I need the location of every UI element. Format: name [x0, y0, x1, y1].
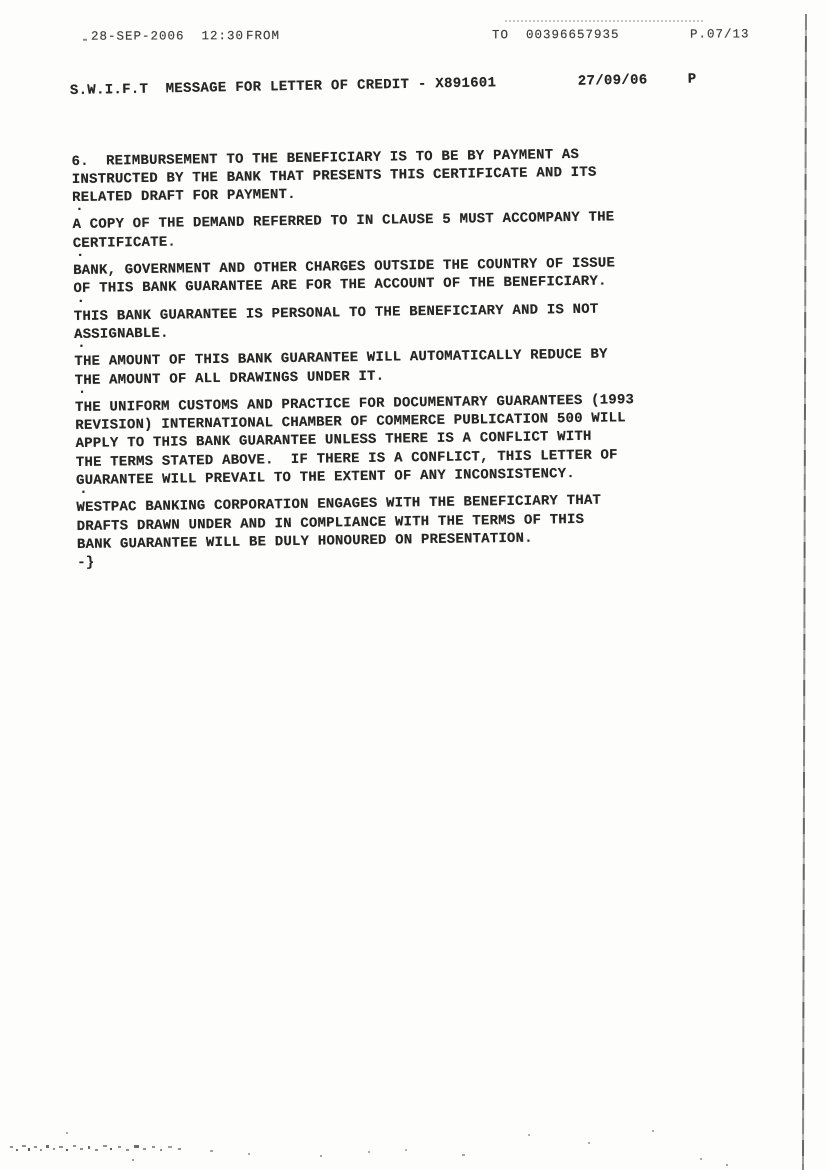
paragraph-marker: . [76, 248, 85, 258]
scan-artifact-dotted-line [505, 20, 703, 22]
paragraph-marker: . [75, 202, 84, 212]
scan-noise-bottom [0, 1122, 828, 1167]
document-date: 27/09/06 [578, 72, 648, 89]
fax-page-counter: P.07/13 [690, 27, 750, 41]
fax-to-number: TO 00396657935 [492, 28, 620, 42]
paragraph: .A COPY OF THE DEMAND REFERRED TO IN CLA… [72, 208, 672, 253]
paragraph: .THE UNIFORM CUSTOMS AND PRACTICE FOR DO… [75, 390, 676, 490]
paragraph: .BANK, GOVERNMENT AND OTHER CHARGES OUTS… [73, 254, 673, 299]
paragraph: .THIS BANK GUARANTEE IS PERSONAL TO THE … [74, 299, 674, 344]
paragraph: .THE AMOUNT OF THIS BANK GUARANTEE WILL … [74, 345, 674, 390]
fax-transmission-header: 28-SEP-2006 12:30 FROM TO 00396657935 P.… [0, 27, 828, 50]
document-title-row: S.W.I.F.T MESSAGE FOR LETTER OF CREDIT -… [0, 69, 828, 104]
fax-page: { "colors": { "paper": "#fdfdfc", "ink":… [0, 0, 828, 1170]
paragraph: .WESTPAC BANKING CORPORATION ENGAGES WIT… [76, 491, 677, 554]
fax-from-label: FROM [246, 29, 280, 43]
paragraph-marker: . [79, 485, 88, 495]
document-page-flag: P [688, 72, 697, 88]
document-body: 6. REIMBURSEMENT TO THE BENEFICIARY IS T… [71, 108, 677, 573]
paragraph-marker: . [77, 339, 86, 349]
paragraph-marker: . [78, 385, 87, 395]
fax-datetime: 28-SEP-2006 12:30 [91, 29, 244, 44]
document-title: S.W.I.F.T MESSAGE FOR LETTER OF CREDIT -… [70, 75, 497, 99]
scan-artifact-edge-line [802, 14, 807, 1170]
scan-speck [83, 39, 87, 41]
paragraph-marker: . [76, 293, 85, 303]
paragraph: 6. REIMBURSEMENT TO THE BENEFICIARY IS T… [72, 144, 673, 207]
